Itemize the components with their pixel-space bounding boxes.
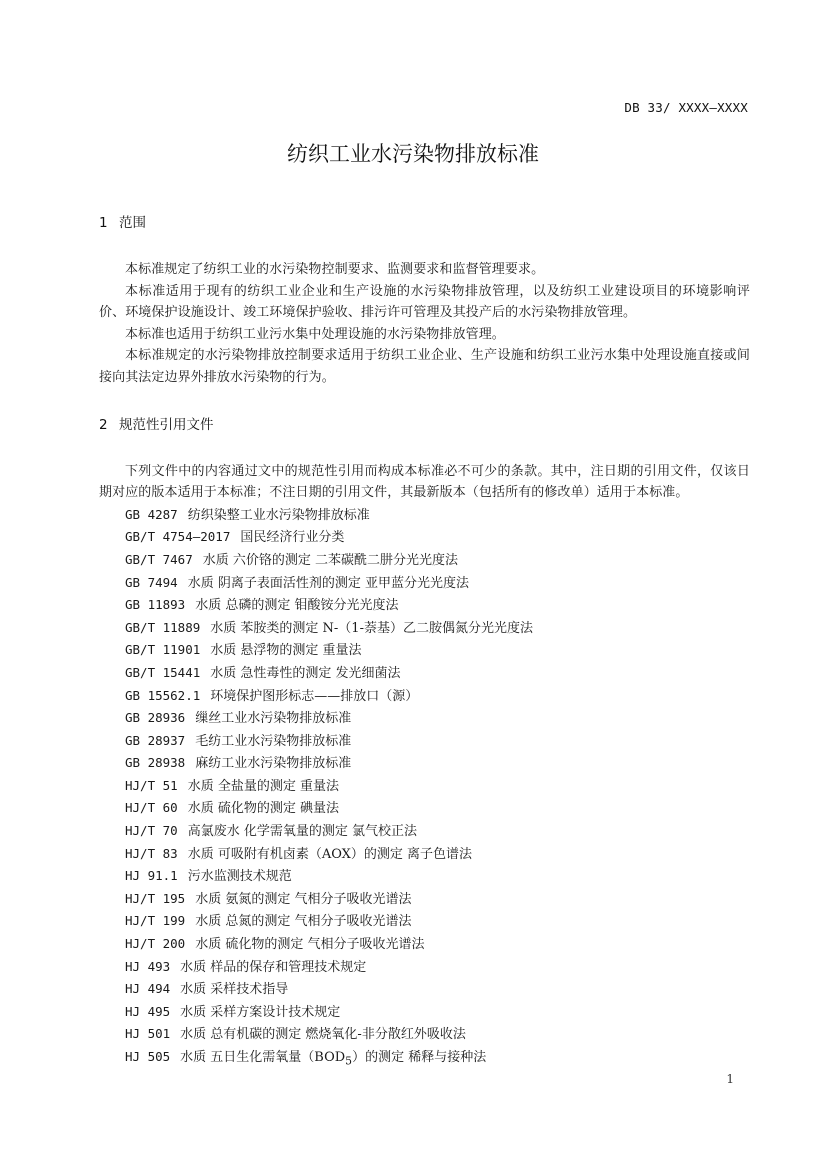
reference-item: GB 7494水质 阴离子表面活性剂的测定 亚甲蓝分光光度法 [99,572,750,595]
reference-code: HJ/T 83 [125,846,178,861]
reference-title: 污水监测技术规范 [188,869,292,884]
reference-code: HJ 91.1 [125,868,178,883]
reference-item: HJ/T 70高氯废水 化学需氧量的测定 氯气校正法 [99,820,750,843]
reference-item: HJ 493水质 样品的保存和管理技术规定 [99,956,750,979]
reference-item: HJ 494水质 采样技术指导 [99,978,750,1001]
reference-item: GB/T 11901水质 悬浮物的测定 重量法 [99,639,750,662]
reference-item: GB/T 4754—2017国民经济行业分类 [99,526,750,549]
reference-title: 水质 悬浮物的测定 重量法 [210,643,361,658]
reference-title: 毛纺工业水污染物排放标准 [195,734,351,749]
reference-code: HJ/T 70 [125,823,178,838]
reference-title: 水质 硫化物的测定 气相分子吸收光谱法 [195,937,424,952]
reference-title: 水质 总磷的测定 钼酸铵分光光度法 [195,598,398,613]
reference-code: GB 28937 [125,733,185,748]
reference-code: GB/T 4754—2017 [125,529,230,544]
page-number: 1 [726,1072,734,1086]
reference-code: GB 4287 [125,507,178,522]
reference-item: GB 15562.1环境保护图形标志——排放口（源） [99,685,750,708]
document-page: DB 33/ XXXX—XXXX 纺织工业水污染物排放标准 1 范围 本标准规定… [0,0,826,1169]
paragraph: 下列文件中的内容通过文中的规范性引用而构成本标准必不可少的条款。其中，注日期的引… [99,461,750,504]
reference-code: GB/T 15441 [125,665,200,680]
reference-item: HJ 505水质 五日生化需氧量（BOD5）的测定 稀释与接种法 [99,1046,750,1072]
reference-title: 水质 总有机碳的测定 燃烧氧化-非分散红外吸收法 [180,1027,466,1042]
reference-item: HJ/T 200水质 硫化物的测定 气相分子吸收光谱法 [99,933,750,956]
section-number: 2 [99,414,119,436]
reference-item: HJ/T 51水质 全盐量的测定 重量法 [99,775,750,798]
reference-title: 水质 氨氮的测定 气相分子吸收光谱法 [195,892,411,907]
reference-item: HJ 495水质 采样方案设计技术规定 [99,1001,750,1024]
reference-item: GB 11893水质 总磷的测定 钼酸铵分光光度法 [99,594,750,617]
section-heading-scope: 1 范围 [99,212,750,234]
reference-item: HJ/T 83水质 可吸附有机卤素（AOX）的测定 离子色谱法 [99,843,750,866]
reference-code: HJ 501 [125,1026,170,1041]
section-title: 规范性引用文件 [119,414,214,436]
reference-title: 环境保护图形标志——排放口（源） [210,689,418,704]
section-number: 1 [99,212,119,234]
reference-item: GB 28938麻纺工业水污染物排放标准 [99,752,750,775]
reference-item: GB 28936缫丝工业水污染物排放标准 [99,707,750,730]
reference-code: GB/T 7467 [125,552,193,567]
section-title: 范围 [119,212,146,234]
reference-item: GB/T 15441水质 急性毒性的测定 发光细菌法 [99,662,750,685]
reference-code: HJ 495 [125,1004,170,1019]
paragraph: 本标准规定了纺织工业的水污染物控制要求、监测要求和监督管理要求。 [99,259,750,281]
reference-title: 水质 采样方案设计技术规定 [180,1005,340,1020]
reference-code: HJ/T 200 [125,936,185,951]
document-code: DB 33/ XXXX—XXXX [624,100,748,115]
reference-item: HJ/T 199水质 总氮的测定 气相分子吸收光谱法 [99,910,750,933]
reference-title: 水质 样品的保存和管理技术规定 [180,960,366,975]
reference-title: 水质 苯胺类的测定 N-（1-萘基）乙二胺偶氮分光光度法 [210,621,533,636]
reference-title: 水质 五日生化需氧量（BOD5）的测定 稀释与接种法 [180,1050,486,1065]
reference-code: GB/T 11901 [125,642,200,657]
reference-code: HJ/T 60 [125,800,178,815]
reference-code: HJ 494 [125,981,170,996]
reference-title: 纺织染整工业水污染物排放标准 [188,508,370,523]
reference-title: 缫丝工业水污染物排放标准 [195,711,351,726]
reference-title: 水质 全盐量的测定 重量法 [188,779,339,794]
reference-item: HJ 91.1污水监测技术规范 [99,865,750,888]
reference-title: 高氯废水 化学需氧量的测定 氯气校正法 [188,824,417,839]
section-heading-normative-references: 2 规范性引用文件 [99,414,750,436]
paragraph: 本标准适用于现有的纺织工业企业和生产设施的水污染物排放管理，以及纺织工业建设项目… [99,281,750,324]
paragraph: 本标准规定的水污染物排放控制要求适用于纺织工业企业、生产设施和纺织工业污水集中处… [99,345,750,388]
reference-item: HJ 501水质 总有机碳的测定 燃烧氧化-非分散红外吸收法 [99,1023,750,1046]
reference-item: GB/T 7467水质 六价铬的测定 二苯碳酰二肼分光光度法 [99,549,750,572]
reference-item: HJ/T 60水质 硫化物的测定 碘量法 [99,797,750,820]
reference-code: HJ 505 [125,1049,170,1064]
reference-code: HJ 493 [125,959,170,974]
reference-code: GB 7494 [125,575,178,590]
reference-item: GB 28937毛纺工业水污染物排放标准 [99,730,750,753]
reference-title: 水质 硫化物的测定 碘量法 [188,801,339,816]
reference-item: HJ/T 195水质 氨氮的测定 气相分子吸收光谱法 [99,888,750,911]
reference-title: 水质 可吸附有机卤素（AOX）的测定 离子色谱法 [188,847,472,862]
reference-title: 国民经济行业分类 [240,530,344,545]
reference-code: GB 28936 [125,710,185,725]
reference-code: HJ/T 199 [125,913,185,928]
reference-title: 水质 急性毒性的测定 发光细菌法 [210,666,400,681]
reference-code: HJ/T 195 [125,891,185,906]
reference-title: 水质 总氮的测定 气相分子吸收光谱法 [195,914,411,929]
reference-item: GB 4287纺织染整工业水污染物排放标准 [99,504,750,527]
reference-title: 水质 阴离子表面活性剂的测定 亚甲蓝分光光度法 [188,576,469,591]
reference-item: GB/T 11889水质 苯胺类的测定 N-（1-萘基）乙二胺偶氮分光光度法 [99,617,750,640]
reference-code: GB 15562.1 [125,688,200,703]
reference-list: GB 4287纺织染整工业水污染物排放标准 GB/T 4754—2017国民经济… [99,504,750,1072]
reference-code: HJ/T 51 [125,778,178,793]
document-body: 1 范围 本标准规定了纺织工业的水污染物控制要求、监测要求和监督管理要求。 本标… [99,212,750,1072]
reference-code: GB 11893 [125,597,185,612]
paragraph: 本标准也适用于纺织工业污水集中处理设施的水污染物排放管理。 [99,324,750,346]
reference-code: GB/T 11889 [125,620,200,635]
reference-code: GB 28938 [125,755,185,770]
reference-title: 水质 六价铬的测定 二苯碳酰二肼分光光度法 [203,553,458,568]
document-title: 纺织工业水污染物排放标准 [0,138,826,168]
reference-title: 水质 采样技术指导 [180,982,288,997]
reference-title: 麻纺工业水污染物排放标准 [195,756,351,771]
